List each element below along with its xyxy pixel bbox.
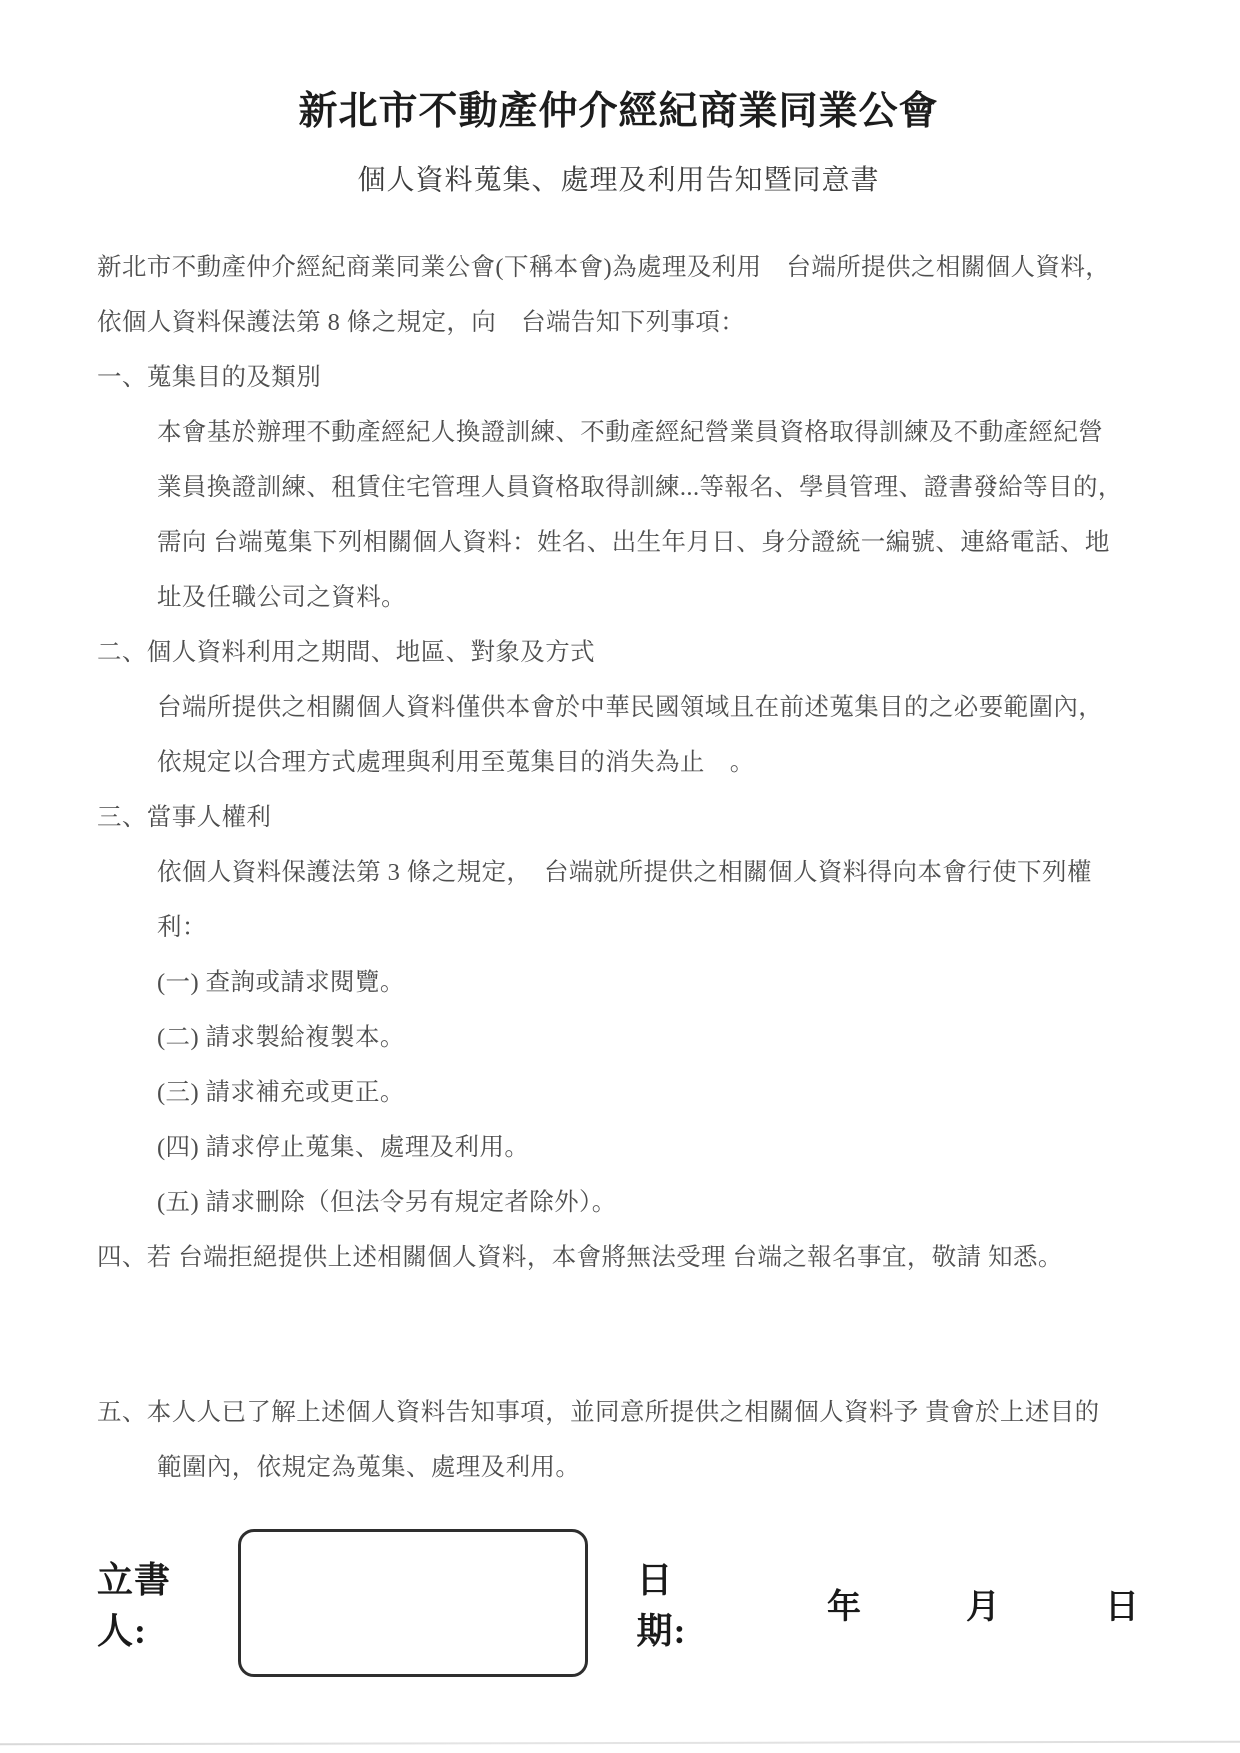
- rights-item-3: (三) 請求補充或更正。: [97, 1063, 1140, 1118]
- section-1-line-4: 址及任職公司之資料。: [97, 568, 1140, 623]
- section-1-heading: 一、蒐集目的及類別: [97, 348, 1140, 403]
- section-3-heading: 三、當事人權利: [97, 788, 1140, 843]
- page-subtitle: 個人資料蒐集、處理及利用告知暨同意書: [97, 158, 1140, 198]
- section-4-heading: 四、若 台端拒絕提供上述相關個人資料，本會將無法受理 台端之報名事宜，敬請 知悉…: [97, 1228, 1140, 1283]
- section-1-line-2: 業員換證訓練、租賃住宅管理人員資格取得訓練...等報名、學員管理、證書發給等目的…: [97, 458, 1140, 513]
- section-5-heading: 五、本人人已了解上述個人資料告知事項，並同意所提供之相關個人資料予 貴會於上述目…: [97, 1383, 1140, 1438]
- section-2-line-2: 依規定以合理方式處理與利用至蒐集目的消失為止 。: [97, 733, 1140, 788]
- rights-item-5: (五) 請求刪除（但法令另有規定者除外）。: [97, 1173, 1140, 1228]
- section-3-line-1: 依個人資料保護法第 3 條之規定， 台端就所提供之相關個人資料得向本會行使下列權: [97, 843, 1140, 898]
- scan-edge-line: [0, 1741, 1240, 1746]
- page-title: 新北市不動產仲介經紀商業同業公會: [97, 80, 1140, 136]
- section-1-line-1: 本會基於辦理不動產經紀人換證訓練、不動產經紀營業員資格取得訓練及不動產經紀營: [97, 403, 1140, 458]
- signature-row: 立書人: 日期: 年 月 日: [97, 1529, 1140, 1677]
- rights-item-2: (二) 請求製給複製本。: [97, 1008, 1140, 1063]
- rights-item-1: (一) 查詢或請求閱覽。: [97, 953, 1140, 1008]
- intro-line-2: 依個人資料保護法第 8 條之規定，向 台端告知下列事項：: [97, 293, 1140, 348]
- signer-label: 立書人:: [97, 1552, 220, 1654]
- intro-line-1: 新北市不動產仲介經紀商業同業公會(下稱本會)為處理及利用 台端所提供之相關個人資…: [97, 238, 1140, 293]
- date-label: 日期:: [636, 1552, 723, 1654]
- section-gap: [97, 1283, 1140, 1383]
- year-label: 年: [827, 1579, 862, 1628]
- document-body: 新北市不動產仲介經紀商業同業公會(下稱本會)為處理及利用 台端所提供之相關個人資…: [97, 238, 1140, 1493]
- section-2-line-1: 台端所提供之相關個人資料僅供本會於中華民國領域且在前述蒐集目的之必要範圍內，: [97, 678, 1140, 733]
- rights-item-4: (四) 請求停止蒐集、處理及利用。: [97, 1118, 1140, 1173]
- section-2-heading: 二、個人資料利用之期間、地區、對象及方式: [97, 623, 1140, 678]
- day-label: 日: [1105, 1579, 1140, 1628]
- section-5-line-1: 範圍內，依規定為蒐集、處理及利用。: [97, 1438, 1140, 1493]
- signature-field[interactable]: [238, 1529, 588, 1677]
- consent-form-page: 新北市不動產仲介經紀商業同業公會 個人資料蒐集、處理及利用告知暨同意書 新北市不…: [0, 0, 1240, 1753]
- section-1-line-3: 需向 台端蒐集下列相關個人資料：姓名、出生年月日、身分證統一編號、連絡電話、地: [97, 513, 1140, 568]
- section-3-line-2: 利：: [97, 898, 1140, 953]
- month-label: 月: [966, 1579, 1001, 1628]
